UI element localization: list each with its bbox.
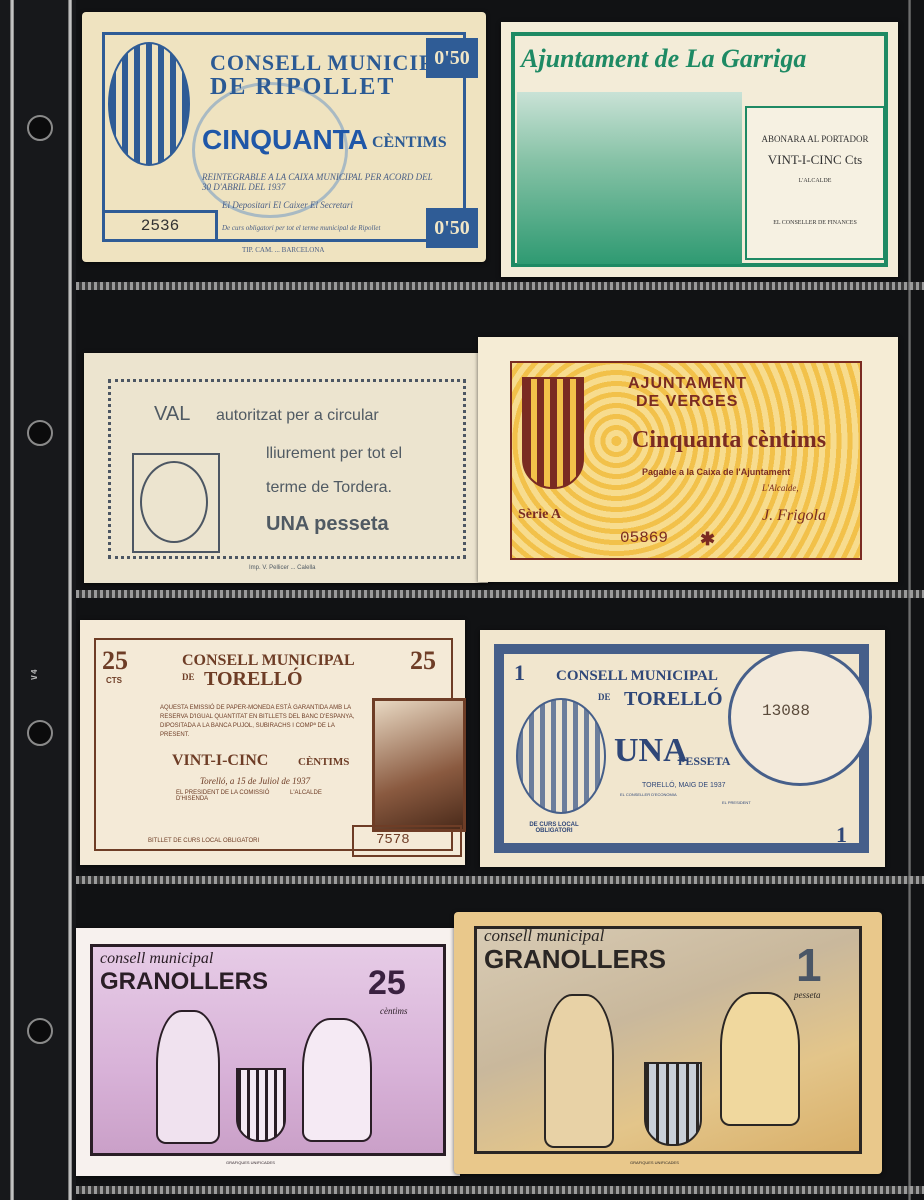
sleeve-seam <box>76 590 924 598</box>
note-title: consell municipal <box>484 926 604 946</box>
coat-of-arms <box>644 1062 702 1146</box>
sleeve-seam <box>76 1186 924 1194</box>
bird-seal-icon <box>140 461 208 543</box>
note-value: 25 <box>368 964 406 1003</box>
signer-label: L'ALCALDE <box>290 790 322 796</box>
signer-label: EL PRESIDENT DE LA COMISSIÓ D'HISENDA <box>176 790 276 802</box>
tower-crest <box>516 698 606 814</box>
signer-label: L'ALCALDE <box>747 178 883 184</box>
value-corner: 25 <box>410 646 436 676</box>
binder-hole <box>27 720 53 746</box>
serial-number: 13088 <box>762 702 810 720</box>
binder-hole <box>27 1018 53 1044</box>
signer-label: L'Alcalde, <box>762 483 799 493</box>
note-subtitle: GRANOLLERS <box>100 968 268 996</box>
de-label: DE <box>182 672 195 682</box>
note-amount-unit: CÈNTIMS <box>372 134 447 152</box>
signature: J. Frigola <box>762 507 826 525</box>
value-corner: 0'50 <box>426 38 478 78</box>
note-footer: De curs obligatori per tot el terme muni… <box>222 224 380 232</box>
farmer-figure <box>302 1018 372 1142</box>
note-value: 1 <box>796 938 822 992</box>
note-title: Ajuntament de La Garriga <box>521 44 806 74</box>
coat-of-arms <box>236 1068 286 1142</box>
note-amount: UNA <box>614 732 688 770</box>
note-imprint: GRAFIQUES UNIFICADES <box>630 1160 679 1165</box>
note-text: terme de Tordera. <box>266 479 392 497</box>
value-panel: ABONARA AL PORTADOR VINT-I-CINC Cts L'AL… <box>745 106 885 260</box>
value-corner: 1 <box>514 660 525 686</box>
street-photo-illustration <box>372 698 466 832</box>
album-spine: V4 <box>0 0 76 1200</box>
banknote-la-garriga: Ajuntament de La Garriga ABONARA AL PORT… <box>501 22 898 277</box>
sleeve-edge <box>908 0 911 1200</box>
note-body: REINTEGRABLE A LA CAIXA MUNICIPAL PER AC… <box>202 172 442 192</box>
note-amount-unit: PESSETA <box>678 754 730 769</box>
worker-figure <box>544 994 614 1148</box>
banknote-granollers-1: consell municipal GRANOLLERS 1 pesseta G… <box>454 912 882 1174</box>
note-title: CONSELL MUNICIPAL <box>556 668 718 685</box>
asterisk-mark: ✱ <box>700 529 715 550</box>
value-corner: 25 <box>102 646 128 676</box>
value-unit: CTS <box>106 676 122 685</box>
signer-label: EL PRESIDENT <box>722 800 751 805</box>
note-footer: DE CURS LOCAL OBLIGATORI <box>514 822 594 834</box>
worker-figure <box>156 1010 220 1144</box>
harvest-scene-illustration <box>517 92 742 264</box>
signer-label: EL CONSELLER DE FINANCES <box>747 220 883 226</box>
signer-label: EL CONSELLER D'ECONOMIA <box>620 792 690 797</box>
note-date: TORELLÓ, MAIG DE 1937 <box>642 782 726 789</box>
note-text: autoritzat per a circular <box>216 407 379 425</box>
note-footer: BITLLET DE CURS LOCAL OBLIGATORI <box>148 838 259 844</box>
banknote-tordera: VAL autoritzat per a circular lliurement… <box>84 353 488 583</box>
binder-hole <box>27 115 53 141</box>
spine-rail <box>10 0 14 1200</box>
value-corner: 0'50 <box>426 208 478 248</box>
note-imprint: GRAFIQUES UNIFICADES <box>226 1160 275 1165</box>
signature-labels: El Depositari El Caixer El Secretari <box>222 200 353 210</box>
note-date: Torelló, a 15 de Juliol de 1937 <box>200 776 310 786</box>
note-imprint: TIP. CAM. ... BARCELONA <box>242 246 324 254</box>
note-title: AJUNTAMENT <box>628 375 747 393</box>
note-subtitle: TORELLÓ <box>204 668 303 691</box>
value-corner: 1 <box>836 822 847 848</box>
banknote-torello-25: 25 CTS 25 CONSELL MUNICIPAL DE TORELLÓ A… <box>80 620 465 865</box>
sleeve-seam <box>76 282 924 290</box>
note-amount: UNA pesseta <box>266 513 389 536</box>
note-subtitle: DE RIPOLLET <box>210 74 395 101</box>
series-label: Sèrie A <box>518 507 561 523</box>
binder-hole <box>27 420 53 446</box>
coat-of-arms <box>108 42 190 166</box>
val-label: VAL <box>154 403 190 426</box>
note-text: lliurement per tot el <box>266 445 402 463</box>
note-imprint: Imp. V. Pellicer ... Calella <box>249 565 315 571</box>
de-label: DE <box>598 692 611 702</box>
note-amount: Cinquanta cèntims <box>632 427 826 454</box>
banknote-granollers-25: consell municipal GRANOLLERS 25 cèntims … <box>76 928 460 1176</box>
note-amount: CINQUANTA <box>202 124 368 156</box>
banknote-torello-1: 1 1 CONSELL MUNICIPAL DE TORELLÓ 13088 U… <box>480 630 885 867</box>
spine-rail <box>68 0 72 1200</box>
serial-number: 7578 <box>376 832 410 848</box>
banknote-verges: AJUNTAMENT DE VERGES Cinquanta cèntims P… <box>478 337 898 582</box>
farmer-figure <box>720 992 800 1126</box>
spine-label: V4 <box>30 585 48 680</box>
serial-number: 2536 <box>102 210 218 242</box>
note-amount-unit: CÈNTIMS <box>298 756 349 768</box>
note-body: AQUESTA EMISSIÓ DE PAPER-MONEDA ESTÀ GAR… <box>160 704 356 740</box>
note-subtitle: DE VERGES <box>636 393 738 411</box>
note-amount: VINT-I-CINC <box>172 752 268 770</box>
note-subtitle: TORELLÓ <box>624 688 723 711</box>
payable-text: ABONARA AL PORTADOR <box>747 134 883 144</box>
note-value-unit: pesseta <box>794 990 821 1000</box>
banknote-ripollet: CONSELL MUNICIPAL DE RIPOLLET CINQUANTA … <box>82 12 486 262</box>
note-value-unit: cèntims <box>380 1006 408 1016</box>
note-title: consell municipal <box>100 950 213 968</box>
catalan-shield <box>522 377 584 489</box>
payable-text: Pagable a la Caixa de l'Ajuntament <box>642 467 790 477</box>
serial-number: 05869 <box>620 529 668 547</box>
sleeve-seam <box>76 876 924 884</box>
note-amount: VINT-I-CINC Cts <box>747 152 883 168</box>
note-subtitle: GRANOLLERS <box>484 944 666 975</box>
